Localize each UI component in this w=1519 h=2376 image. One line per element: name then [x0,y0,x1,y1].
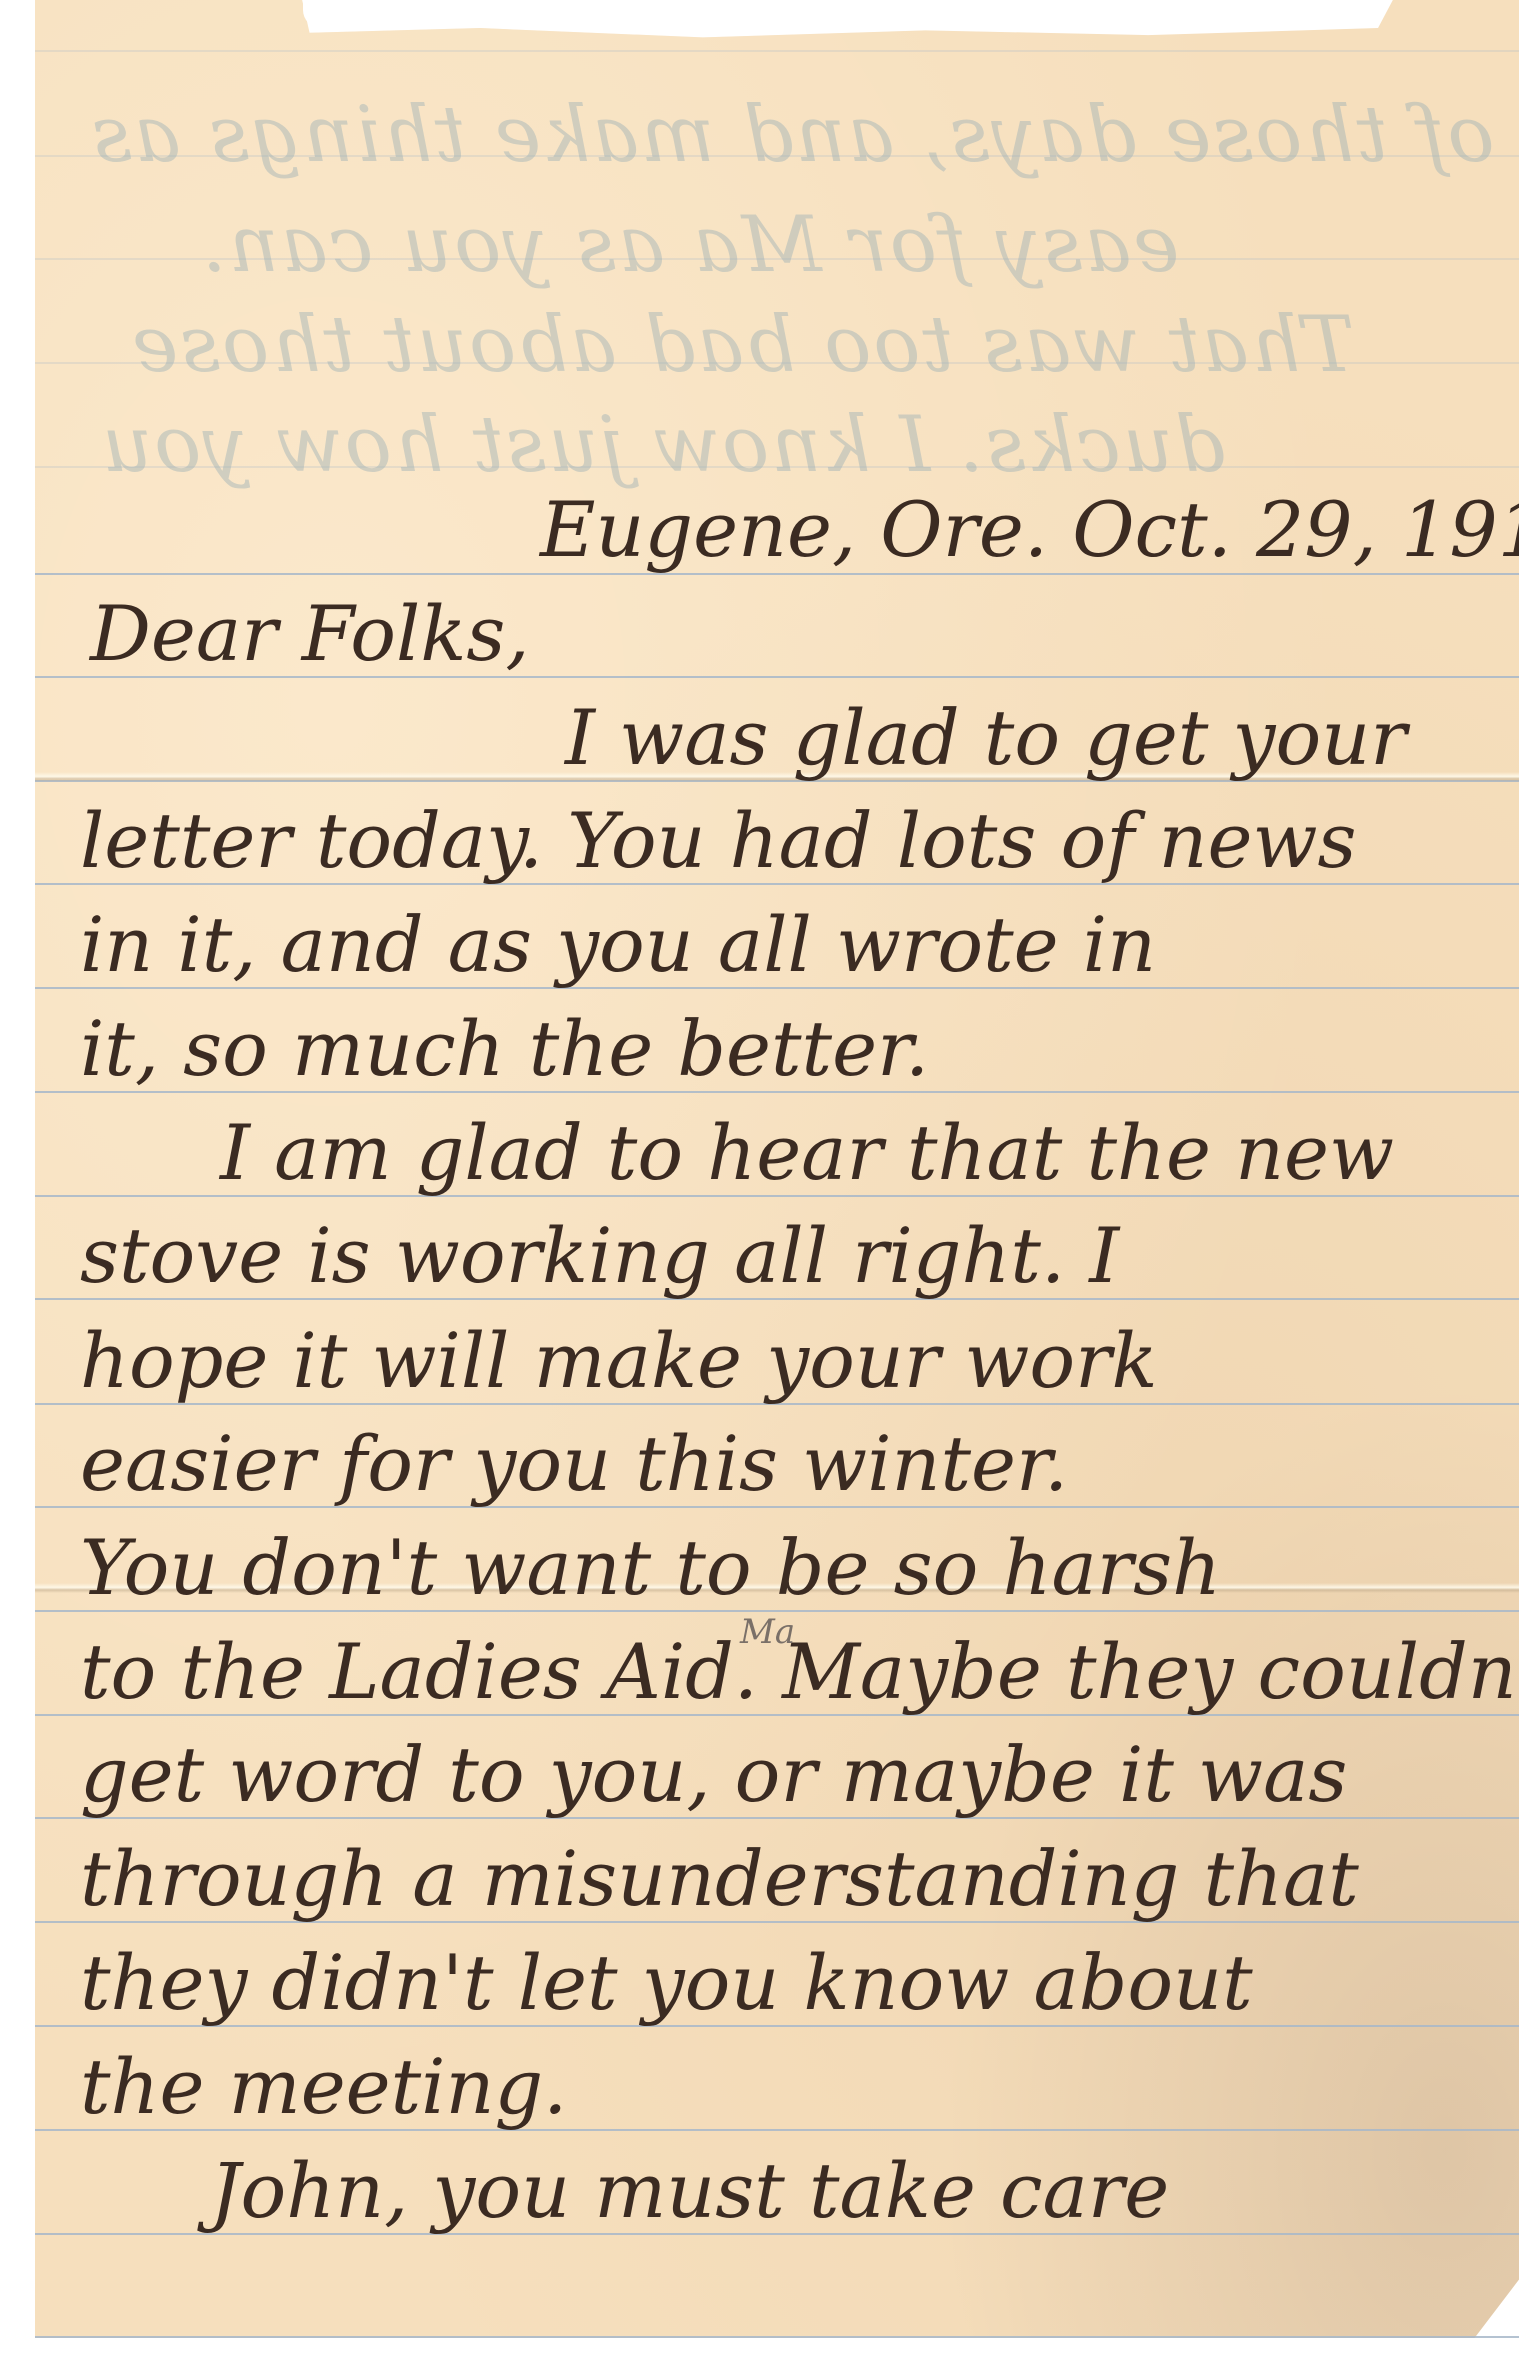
bleed-through-line: That was too bad about those [130,300,1355,390]
body-line: to the Ladies Aid. Maybe they couldn't [80,1634,1519,1710]
rule-line [35,2336,1519,2338]
body-line: John, you must take care [210,2153,1169,2229]
body-line: stove is working all right. I [80,1218,1119,1294]
bleed-through-line: easy for Ma as you can. [200,200,1179,290]
pencil-insertion: Ma [740,1612,795,1652]
body-line: in it, and as you all wrote in [80,907,1156,983]
body-line: through a misunderstanding that [80,1841,1359,1917]
body-line: easier for you this winter. [80,1426,1068,1502]
body-line: I am glad to hear that the new [220,1115,1394,1191]
bleed-through-line: ducks. I know just how you [100,400,1225,490]
salutation: Dear Folks, [90,596,530,672]
body-line: they didn't let you know about [80,1945,1253,2021]
body-line: I was glad to get your [565,700,1407,776]
place-date: Eugene, Ore. Oct. 29, 1915 [540,492,1519,568]
rule-line [35,50,1519,52]
body-line: the meeting. [80,2049,567,2125]
body-line: get word to you, or maybe it was [80,1737,1347,1813]
body-line: it, so much the better. [80,1011,929,1087]
body-line: hope it will make your work [80,1323,1158,1399]
bleed-through-line: of those days, and make things as [90,90,1494,180]
body-line: letter today. You had lots of news [80,803,1357,879]
body-line: You don't want to be so harsh [80,1530,1221,1606]
torn-top-edge [303,0,1375,28]
